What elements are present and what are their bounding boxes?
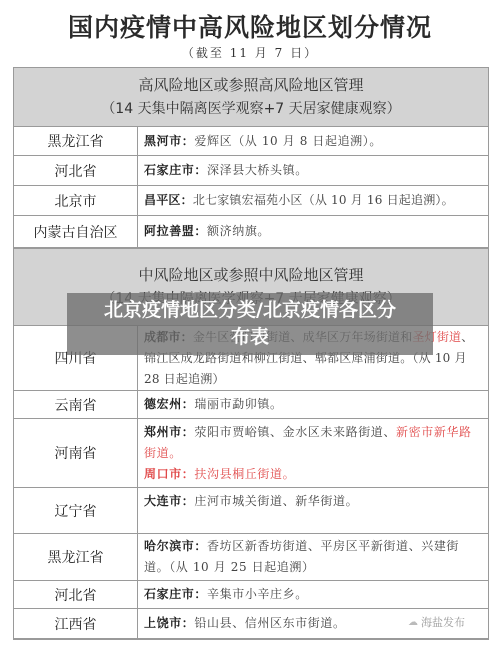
document-subtitle: （截至 11 月 7 日） [0, 44, 500, 61]
table-row: 黑龙江省 黑河市：爱辉区（从 10 月 8 日起追溯）。 [14, 127, 488, 156]
table-row: 河北省 石家庄市：深泽县大桥头镇。 [14, 156, 488, 186]
area-text-highlight: 扶沟县桐丘街道。 [194, 467, 295, 481]
table-row: 北京市 昌平区：北七家镇宏福苑小区（从 10 月 16 日起追溯）。 [14, 186, 488, 216]
watermark: ☁ 海盐发布 [408, 614, 465, 630]
document-title: 国内疫情中高风险地区划分情况 [0, 8, 500, 44]
detail-cell: 郑州市：荥阳市贾峪镇、金水区未来路街道、新密市新华路街道。 周口市：扶沟县桐丘街… [138, 419, 488, 487]
wechat-icon: ☁ [408, 617, 418, 628]
detail-cell: 德宏州：瑞丽市勐卯镇。 [138, 391, 488, 418]
area-text: 深泽县大桥头镇。 [207, 163, 308, 177]
city-label: 昌平区： [144, 193, 193, 207]
area-text: 北七家镇宏福苑小区（从 10 月 16 日起追溯）。 [193, 193, 454, 207]
detail-cell: 黑河市：爱辉区（从 10 月 8 日起追溯）。 [138, 127, 488, 155]
area-text: 辛集市小辛庄乡。 [207, 587, 308, 601]
city-label-highlight: 周口市： [144, 467, 194, 481]
province-cell: 河南省 [14, 419, 138, 487]
city-label: 大连市： [144, 494, 194, 508]
watermark-text: 海盐发布 [421, 614, 465, 630]
medium-risk-header-title: 中风险地区或参照中风险地区管理 [14, 263, 488, 287]
city-label: 黑河市： [144, 134, 194, 148]
city-label: 上饶市： [144, 616, 194, 630]
city-label: 郑州市： [144, 425, 194, 439]
city-label: 哈尔滨市： [144, 539, 207, 553]
area-text: 瑞丽市勐卯镇。 [194, 397, 282, 411]
detail-cell: 哈尔滨市：香坊区新香坊街道、平房区平新街道、兴建街道。（从 10 月 25 日起… [138, 534, 488, 580]
city-label: 石家庄市： [144, 587, 207, 601]
area-text: 爱辉区（从 10 月 8 日起追溯）。 [194, 134, 382, 148]
detail-cell: 阿拉善盟：额济纳旗。 [138, 216, 488, 247]
city-label: 石家庄市： [144, 163, 207, 177]
high-risk-header-title: 高风险地区或参照高风险地区管理 [14, 73, 488, 97]
high-risk-header-note: （14 天集中隔离医学观察+7 天居家健康观察） [14, 97, 488, 121]
area-text: 荥阳市贾峪镇、金水区未来路街道、 [194, 425, 396, 439]
high-risk-header: 高风险地区或参照高风险地区管理 （14 天集中隔离医学观察+7 天居家健康观察） [14, 68, 488, 127]
detail-cell: 大连市：庄河市城关街道、新华街道。 [138, 488, 488, 533]
area-text: 庄河市城关街道、新华街道。 [194, 494, 358, 508]
overlay-title-line2: 布表 [67, 324, 433, 351]
province-cell: 江西省 [14, 609, 138, 638]
province-cell: 河北省 [14, 581, 138, 608]
province-cell: 北京市 [14, 186, 138, 215]
area-text: 额济纳旗。 [207, 224, 270, 238]
table-row: 河北省 石家庄市：辛集市小辛庄乡。 [14, 581, 488, 609]
province-cell: 河北省 [14, 156, 138, 185]
city-label: 德宏州： [144, 397, 194, 411]
table-row: 辽宁省 大连市：庄河市城关街道、新华街道。 [14, 488, 488, 534]
province-cell: 内蒙古自治区 [14, 216, 138, 247]
table-row: 黑龙江省 哈尔滨市：香坊区新香坊街道、平房区平新街道、兴建街道。（从 10 月 … [14, 534, 488, 581]
province-cell: 云南省 [14, 391, 138, 418]
province-cell: 黑龙江省 [14, 127, 138, 155]
table-row: 内蒙古自治区 阿拉善盟：额济纳旗。 [14, 216, 488, 248]
detail-cell: 石家庄市：辛集市小辛庄乡。 [138, 581, 488, 608]
city-label: 阿拉善盟： [144, 224, 207, 238]
province-cell: 黑龙江省 [14, 534, 138, 580]
area-text: 铅山县、信州区东市街道。 [194, 616, 345, 630]
province-cell: 辽宁省 [14, 488, 138, 533]
table-row: 河南省 郑州市：荥阳市贾峪镇、金水区未来路街道、新密市新华路街道。 周口市：扶沟… [14, 419, 488, 488]
table-row: 云南省 德宏州：瑞丽市勐卯镇。 [14, 391, 488, 419]
detail-cell: 昌平区：北七家镇宏福苑小区（从 10 月 16 日起追溯）。 [138, 186, 488, 215]
overlay-title-line1: 北京疫情地区分类/北京疫情各区分 [67, 297, 433, 324]
title-overlay-banner: 北京疫情地区分类/北京疫情各区分 布表 [67, 293, 433, 355]
detail-cell: 石家庄市：深泽县大桥头镇。 [138, 156, 488, 185]
